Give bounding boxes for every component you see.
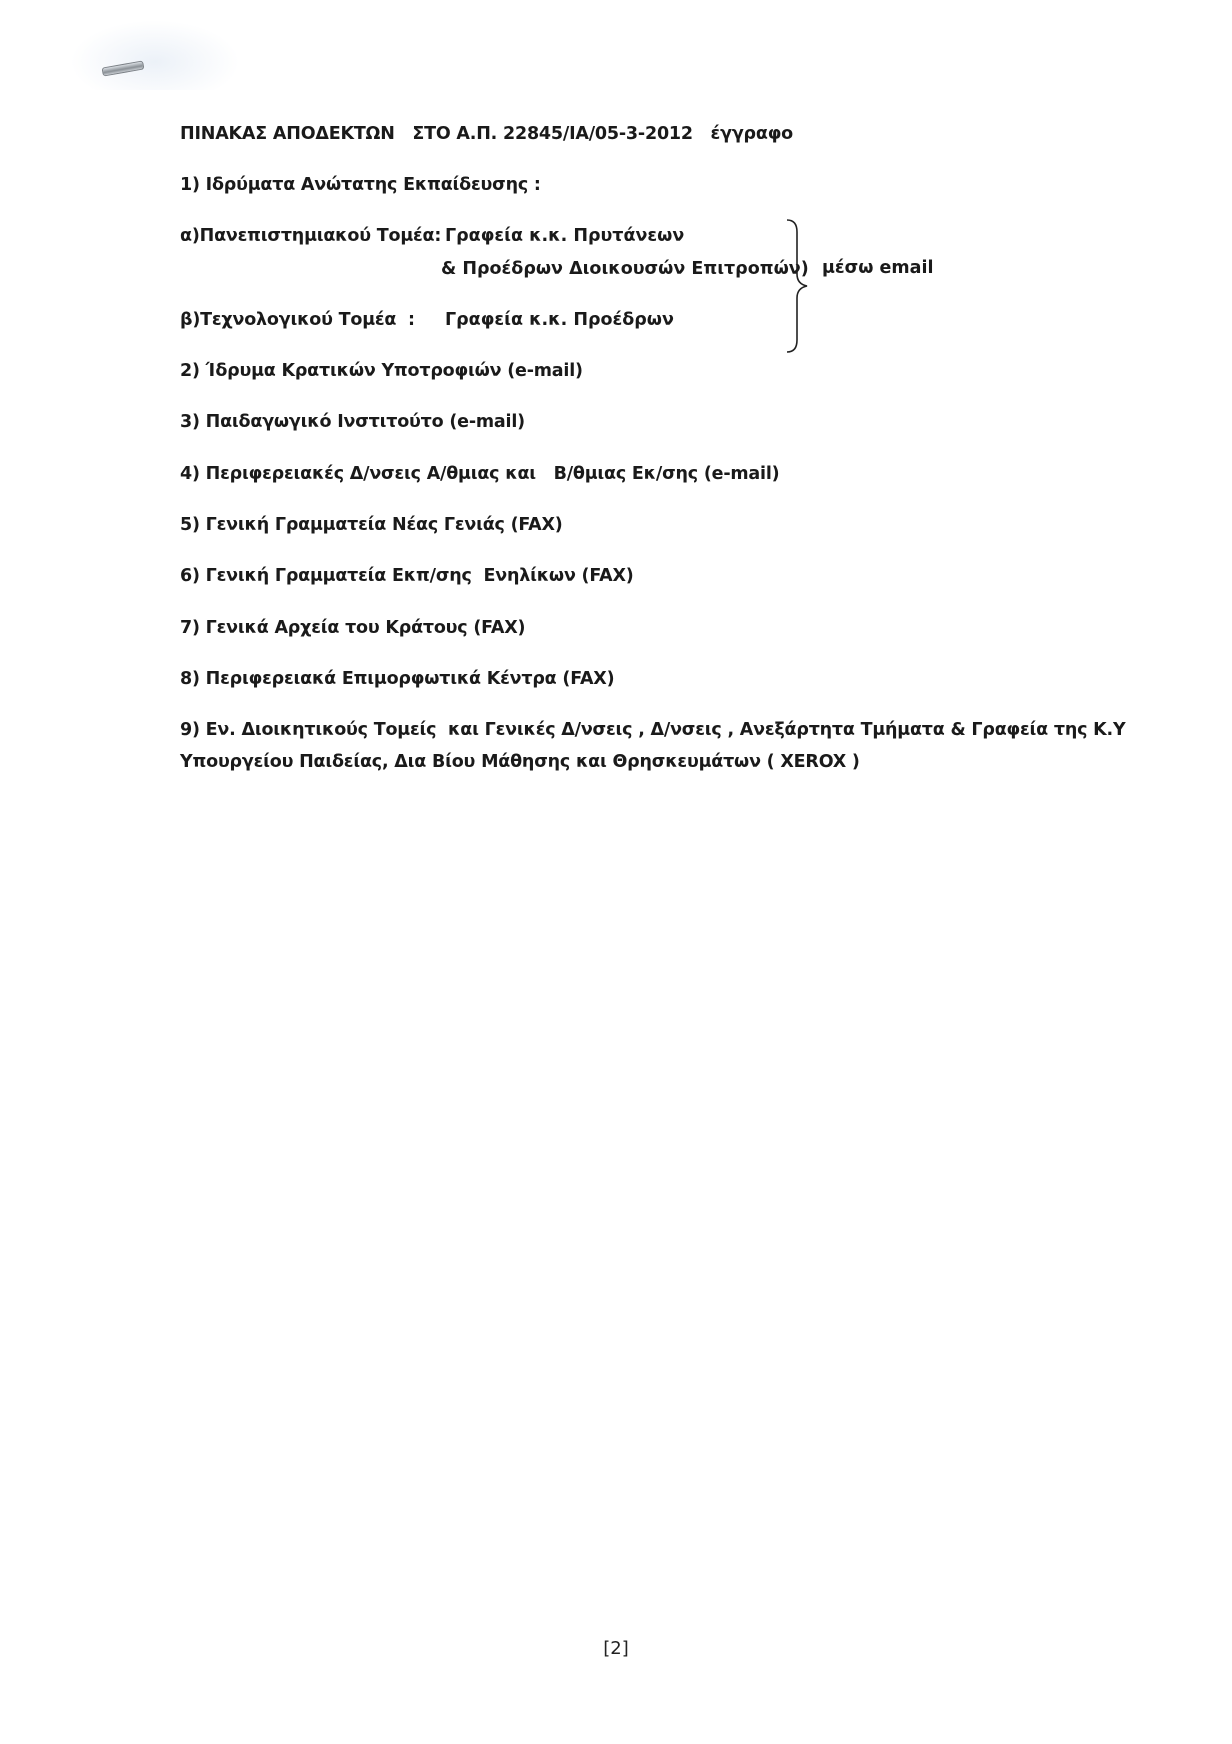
list-item-7: 7) Γενικά Αρχεία του Κράτους (FAX) [180,618,525,638]
document-page: ΠΙΝΑΚΑΣ ΑΠΟΔΕΚΤΩΝ ΣΤΟ Α.Π. 22845/ΙΑ/05-3… [0,0,1232,1744]
list-item-4: 4) Περιφερειακές Δ/νσεις Α/θμιας και Β/θ… [180,464,779,484]
curly-brace-icon [785,218,815,353]
list-item-3: 3) Παιδαγωγικό Ινστιτούτο (e-mail) [180,412,525,432]
list-item-9-line2: Υπουργείου Παιδείας, Δια Βίου Μάθησης κα… [180,752,860,772]
list-item-5: 5) Γενική Γραμματεία Νέας Γενιάς (FAX) [180,515,563,535]
page-number: [2] [0,1638,1232,1659]
list-item-9-line1: 9) Εν. Διοικητικούς Τομείς και Γενικές Δ… [180,720,1125,740]
document-title: ΠΙΝΑΚΑΣ ΑΠΟΔΕΚΤΩΝ ΣΤΟ Α.Π. 22845/ΙΑ/05-3… [180,124,793,144]
list-item-8: 8) Περιφερειακά Επιμορφωτικά Κέντρα (FAX… [180,669,614,689]
list-item-1: 1) Ιδρύματα Ανώτατης Εκπαίδευσης : [180,175,541,195]
list-item-2: 2) Ίδρυμα Κρατικών Υποτροφιών (e-mail) [180,361,583,381]
sub-item-a-label: α)Πανεπιστημιακού Τομέα: [180,226,441,246]
scan-shadow [70,20,240,90]
sub-item-a-value-line1: Γραφεία κ.κ. Πρυτάνεων [445,226,684,246]
delivery-method-label: μέσω email [822,258,933,278]
sub-item-b-value: Γραφεία κ.κ. Προέδρων [445,310,674,330]
sub-item-b-label: β)Τεχνολογικού Τομέα : [180,310,415,330]
sub-item-a-value-line2: & Προέδρων Διοικουσών Επιτροπών) [441,259,809,279]
list-item-6: 6) Γενική Γραμματεία Εκπ/σης Ενηλίκων (F… [180,566,634,586]
